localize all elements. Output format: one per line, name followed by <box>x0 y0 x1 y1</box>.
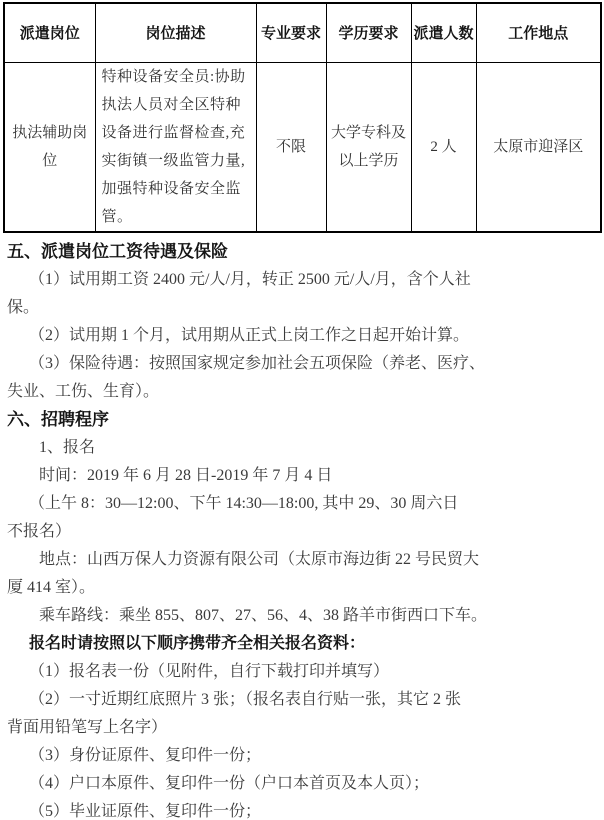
doc-line-time-detail: （上午 8：30—12:00、下午 14:30—18:00, 其中 29、30 … <box>7 490 596 518</box>
cell-headcount: 2 人 <box>411 62 476 232</box>
section-heading-salary: 五、派遣岗位工资待遇及保险 <box>7 238 596 266</box>
doc-line-bus-route: 乘车路线：乘坐 855、807、27、56、4、38 路羊市街西口下车。 <box>7 602 596 630</box>
doc-line-address-cont: 厦 414 室）。 <box>7 574 596 602</box>
table-header-row: 派遣岗位 岗位描述 专业要求 学历要求 派遣人数 工作地点 <box>4 3 601 62</box>
cell-major-requirement: 不限 <box>256 62 326 232</box>
header-work-location: 工作地点 <box>476 3 601 62</box>
doc-line-salary-1: （1）试用期工资 2400 元/人/月，转正 2500 元/人/月，含个人社 <box>7 266 596 294</box>
doc-line-material-2: （2）一寸近期红底照片 3 张；（报名表自行贴一张，其它 2 张 <box>7 686 596 714</box>
doc-line-salary-3-cont: 失业、工伤、生育）。 <box>7 378 596 406</box>
doc-line-salary-3: （3）保险待遇：按照国家规定参加社会五项保险（养老、医疗、 <box>7 350 596 378</box>
doc-line-time: 时间：2019 年 6 月 28 日-2019 年 7 月 4 日 <box>7 462 596 490</box>
cell-work-location: 太原市迎泽区 <box>476 62 601 232</box>
doc-line-material-3: （3）身份证原件、复印件一份； <box>7 742 596 770</box>
cell-position: 执法辅助岗位 <box>4 62 95 232</box>
position-table: 派遣岗位 岗位描述 专业要求 学历要求 派遣人数 工作地点 执法辅助岗位 特种设… <box>3 2 602 233</box>
recruitment-notice-page: 派遣岗位 岗位描述 专业要求 学历要求 派遣人数 工作地点 执法辅助岗位 特种设… <box>0 2 604 820</box>
cell-description: 特种设备安全员:协助执法人员对全区特种设备进行监督检查,充实街镇一级监管力量,加… <box>95 62 256 232</box>
cell-education-requirement: 大学专科及以上学历 <box>326 62 411 232</box>
doc-line-time-detail-cont: 不报名） <box>7 518 596 546</box>
doc-line-signup: 1、报名 <box>7 434 596 462</box>
doc-line-address: 地点：山西万保人力资源有限公司（太原市海边街 22 号民贸大 <box>7 546 596 574</box>
table-row: 执法辅助岗位 特种设备安全员:协助执法人员对全区特种设备进行监督检查,充实街镇一… <box>4 62 601 232</box>
doc-line-salary-1-cont: 保。 <box>7 294 596 322</box>
document-body: 五、派遣岗位工资待遇及保险 （1）试用期工资 2400 元/人/月，转正 250… <box>0 238 604 820</box>
doc-line-material-2-cont: 背面用铅笔写上名字） <box>7 714 596 742</box>
header-major-requirement: 专业要求 <box>256 3 326 62</box>
doc-line-material-1: （1）报名表一份（见附件，自行下载打印并填写） <box>7 658 596 686</box>
section-heading-procedure: 六、招聘程序 <box>7 406 596 434</box>
header-description: 岗位描述 <box>95 3 256 62</box>
doc-line-material-4: （4）户口本原件、复印件一份（户口本首页及本人页）； <box>7 770 596 798</box>
header-headcount: 派遣人数 <box>411 3 476 62</box>
header-education-requirement: 学历要求 <box>326 3 411 62</box>
doc-line-material-5: （5）毕业证原件、复印件一份； <box>7 798 596 820</box>
doc-line-salary-2: （2）试用期 1 个月，试用期从正式上岗工作之日起开始计算。 <box>7 322 596 350</box>
header-position: 派遣岗位 <box>4 3 95 62</box>
doc-line-materials-heading: 报名时请按照以下顺序携带齐全相关报名资料： <box>7 630 596 658</box>
